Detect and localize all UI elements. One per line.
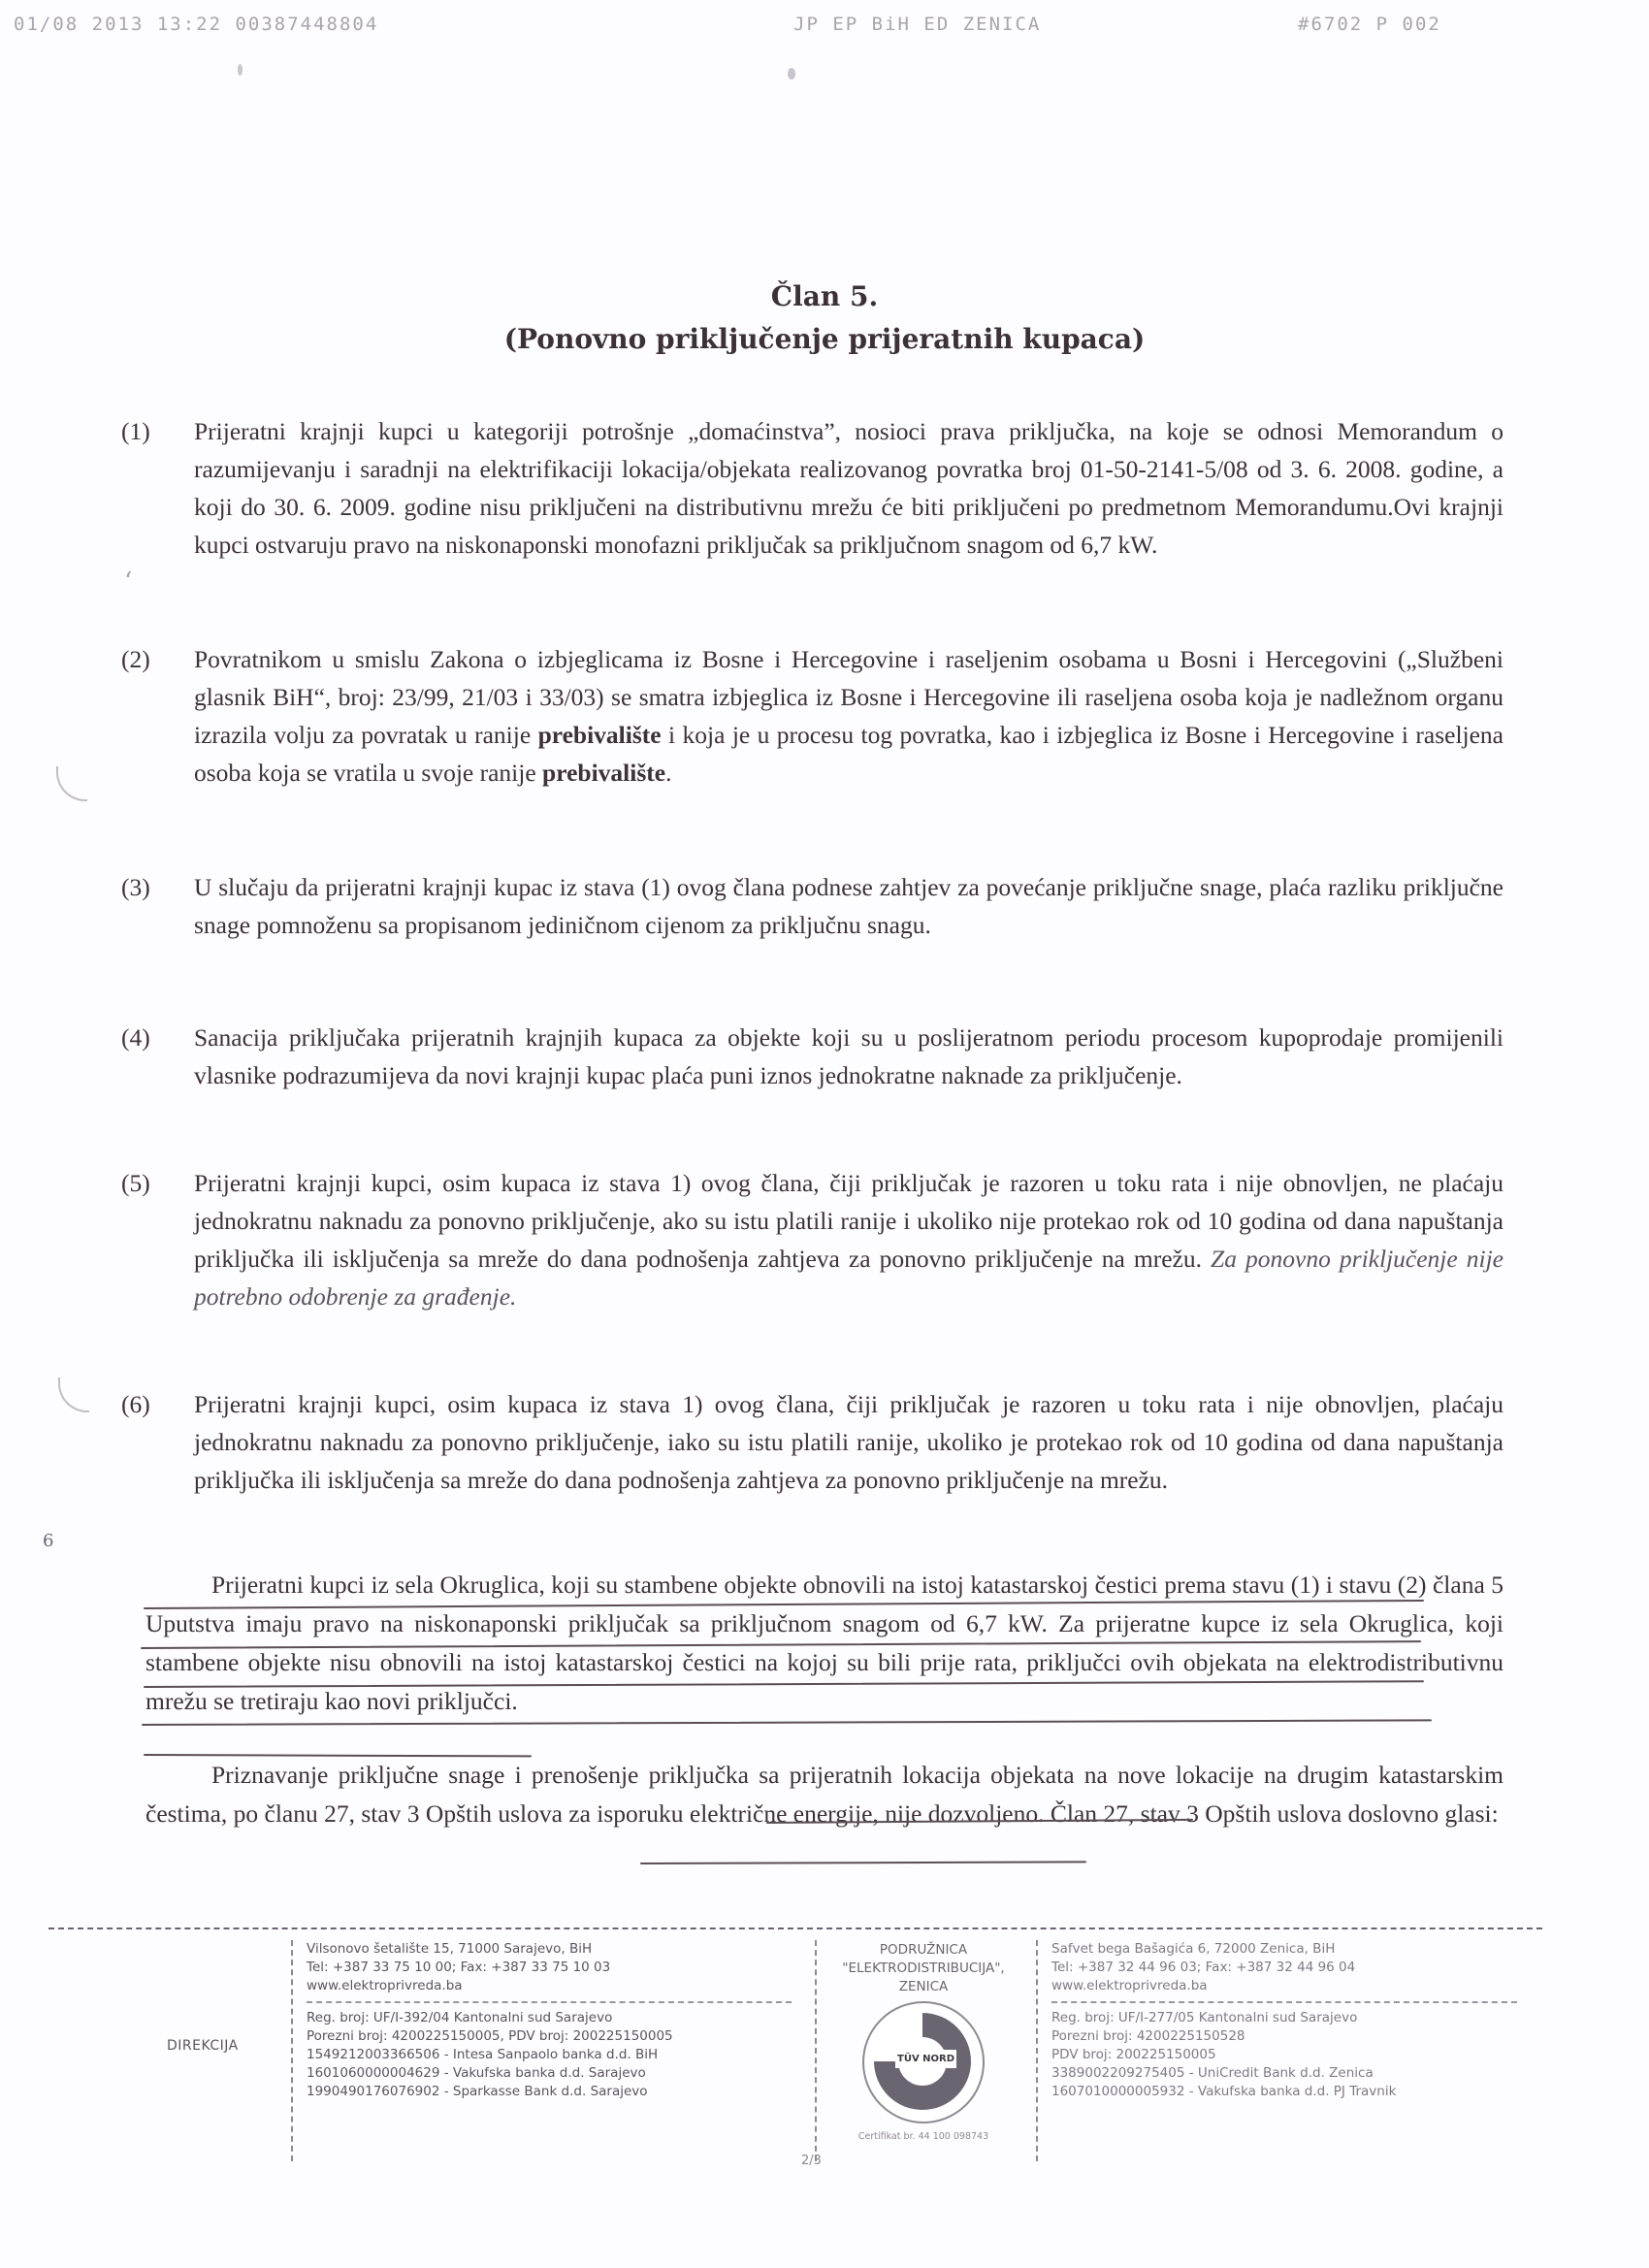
hq-bank-account: 1601060000004629 - Vakufska banka d.d. S… — [307, 2064, 811, 2083]
paragraph-4: (4) Sanacija priključaka prijeratnih kra… — [121, 1019, 1503, 1094]
zenica-vat-id: PDV broj: 200225150005 — [1051, 2046, 1536, 2064]
hq-phone: Tel: +387 33 75 10 00; Fax: +387 33 75 1… — [307, 1959, 811, 1977]
paragraph-number: (3) — [121, 868, 150, 906]
paragraph-number: (4) — [121, 1019, 150, 1056]
branch-label: PODRUŽNICA — [817, 1942, 1030, 1959]
certificate-number: Certifikat br. 44 100 098743 — [817, 2127, 1030, 2146]
paragraph-number: (6) — [121, 1385, 150, 1423]
branch-city: ZENICA — [817, 1979, 1030, 1995]
paragraph-text: Prijeratni krajnji kupci, osim kupaca iz… — [194, 1385, 1503, 1499]
paragraph-number: (5) — [121, 1164, 150, 1202]
margin-bracket-icon — [58, 1377, 89, 1412]
block-divider — [307, 2001, 792, 2003]
tuv-certification-logo-icon: TÜV NORD — [862, 2001, 985, 2123]
text-run: . — [665, 759, 671, 787]
paragraph-number: (1) — [121, 412, 150, 450]
paragraph-1: (1) Prijeratni krajnji kupci u kategorij… — [121, 412, 1503, 564]
paragraph-text: Sanacija priključaka prijeratnih krajnji… — [194, 1019, 1503, 1094]
logo-text: TÜV NORD — [895, 2050, 956, 2068]
branch-name: "ELEKTRODISTRIBUCIJA", — [817, 1960, 1030, 1977]
paragraph-number: (2) — [121, 640, 150, 678]
direkcija-label: DIREKCIJA — [167, 2037, 239, 2056]
zenica-phone: Tel: +387 32 44 96 03; Fax: +387 32 44 9… — [1051, 1959, 1536, 1977]
paragraph-5: (5) Prijeratni krajnji kupci, osim kupac… — [121, 1164, 1503, 1315]
scan-speck — [238, 64, 242, 76]
hq-contact-block: Vilsonovo šetalište 15, 71000 Sarajevo, … — [291, 1940, 811, 2161]
fax-header: 01/08 2013 13:22 00387448804 JP EP BiH E… — [0, 14, 1649, 43]
zenica-tax-id: Porezni broj: 4200225150528 — [1051, 2027, 1536, 2046]
letterhead-footer: DIREKCIJA Vilsonovo šetalište 15, 71000 … — [0, 1940, 1649, 2173]
paragraph-2: (2) Povratnikom u smislu Zakona o izbjeg… — [121, 640, 1503, 792]
bold-term: prebivalište — [542, 759, 665, 787]
zenica-contact-block: Safvet bega Bašagića 6, 72000 Zenica, Bi… — [1036, 1940, 1536, 2161]
zenica-address: Safvet bega Bašagića 6, 72000 Zenica, Bi… — [1051, 1940, 1536, 1959]
handwritten-underline — [640, 1861, 1086, 1864]
hq-bank-account: 1549212003366506 - Intesa Sanpaolo banka… — [307, 2046, 811, 2064]
block-divider — [1051, 2001, 1517, 2003]
paragraph-text: U slučaju da prijeratni krajnji kupac iz… — [194, 868, 1503, 944]
branch-block: PODRUŽNICA "ELEKTRODISTRIBUCIJA", ZENICA… — [815, 1940, 1030, 2161]
zenica-website: www.elektroprivreda.ba — [1051, 1977, 1536, 1995]
margin-tick-icon: ‘ — [124, 567, 132, 597]
paragraph-text: Povratnikom u smislu Zakona o izbjeglica… — [194, 640, 1503, 792]
fax-timestamp: 01/08 2013 13:22 00387448804 — [14, 14, 378, 35]
page-number: 2/3 — [801, 2152, 822, 2170]
bold-term: prebivalište — [538, 721, 662, 749]
zenica-bank-account: 3389002209275405 - UniCredit Bank d.d. Z… — [1051, 2064, 1536, 2083]
paragraph-3: (3) U slučaju da prijeratni krajnji kupa… — [121, 868, 1503, 944]
paragraph-text: Prijeratni krajnji kupci, osim kupaca iz… — [194, 1164, 1503, 1315]
article-subtitle: (Ponovno priključenje prijeratnih kupaca… — [0, 320, 1649, 359]
margin-bracket-icon — [56, 766, 87, 801]
paragraph-6: (6) Prijeratni krajnji kupci, osim kupac… — [121, 1385, 1503, 1499]
zenica-bank-account: 1607010000005932 - Vakufska banka d.d. P… — [1051, 2083, 1536, 2101]
fax-page-code: #6702 P 002 — [1298, 14, 1441, 35]
zenica-registration: Reg. broj: UF/I-277/05 Kantonalni sud Sa… — [1051, 2009, 1536, 2027]
hq-bank-account: 1990490176076902 - Sparkasse Bank d.d. S… — [307, 2083, 811, 2101]
margin-page-marker: 6 — [43, 1531, 53, 1551]
paragraph-text: Prijeratni krajnji kupci u kategoriji po… — [194, 412, 1503, 564]
fax-sender: JP EP BiH ED ZENICA — [793, 14, 1041, 35]
hq-website: www.elektroprivreda.ba — [307, 1977, 811, 1995]
hq-registration: Reg. broj: UF/I-392/04 Kantonalni sud Sa… — [307, 2009, 811, 2027]
note-text: Priznavanje priključne snage i prenošenj… — [145, 1761, 1503, 1828]
article-title: Član 5. — [0, 277, 1649, 316]
hq-tax-ids: Porezni broj: 4200225150005, PDV broj: 2… — [307, 2027, 811, 2046]
hq-address: Vilsonovo šetalište 15, 71000 Sarajevo, … — [307, 1940, 811, 1959]
scan-speck — [788, 68, 795, 80]
footer-divider — [48, 1928, 1542, 1929]
